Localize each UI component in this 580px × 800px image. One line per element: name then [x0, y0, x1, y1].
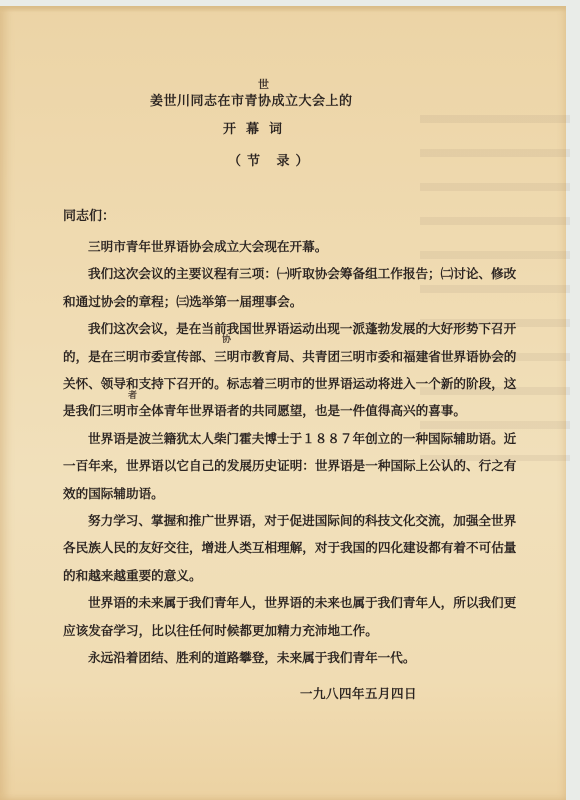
paragraph: 努力学习、掌握和推广世界语，对于促进国际间的科技文化交流，加强全世界各民族人民的…: [63, 507, 523, 589]
paragraph: 世界语的未来属于我们青年人，世界语的未来也属于我们青年人，所以我们更应该发奋学习…: [63, 589, 523, 644]
document: 世 姜世川同志在市青协成立大会上的 开幕词 （节 录） 同志们： 三明市青年世界…: [0, 0, 566, 794]
paragraph: 三明市青年世界语协会成立大会现在开幕。: [63, 233, 523, 260]
greeting: 同志们：: [63, 205, 115, 224]
paragraph: 我们这次会议，是在当前我国世界语运动出现一派蓬勃发展的大好形势下召开的，是在三明…: [63, 315, 523, 425]
document-subtitle: 开幕词: [223, 118, 292, 137]
excerpt-note: （节 录）: [228, 150, 315, 169]
paragraph: 我们这次会议的主要议程有三项：㈠听取协会筹备组工作报告；㈡讨论、修改和通过协会的…: [63, 260, 523, 315]
handwritten-insert-xie: 协: [222, 332, 231, 345]
handwritten-insert-zhe: 者: [128, 388, 137, 401]
paragraph: 世界语是波兰籍犹太人柴门霍夫博士于１８８７年创立的一种国际辅助语。近一百年来，世…: [63, 425, 523, 507]
document-date: 一九八四年五月四日: [300, 684, 417, 702]
speech-body: 三明市青年世界语协会成立大会现在开幕。 我们这次会议的主要议程有三项：㈠听取协会…: [63, 233, 523, 672]
paragraph: 永远沿着团结、胜利的道路攀登，未来属于我们青年一代。: [63, 644, 523, 671]
document-title: 姜世川同志在市青协成立大会上的: [150, 90, 353, 109]
